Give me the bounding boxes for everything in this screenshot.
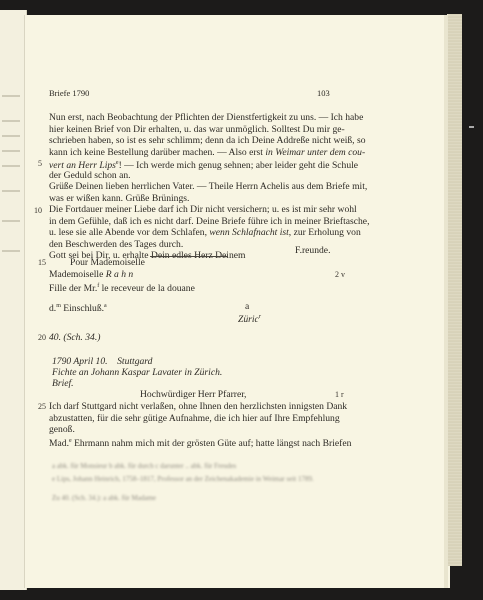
left-page-edge bbox=[0, 10, 27, 590]
letter-number: 40. (Sch. 34.) bbox=[49, 332, 100, 344]
folio-marker: 2 v bbox=[335, 270, 345, 279]
bleed-through-mark bbox=[2, 190, 20, 192]
folio-marker: 1 r bbox=[335, 390, 344, 399]
text-span: Einschluß. bbox=[61, 303, 104, 314]
text-span: Mad. bbox=[49, 438, 69, 449]
footnote-marker: a bbox=[104, 303, 107, 309]
text-span: kann ich keine Bestellung darüber machen… bbox=[49, 147, 265, 158]
text-span: , zur Erholung von bbox=[289, 227, 361, 238]
page-number: 103 bbox=[317, 88, 330, 100]
text-line: den Beschwerden des Tages durch. bbox=[49, 239, 327, 251]
recipient-name: R a h n bbox=[106, 269, 133, 280]
text-span: le receveur de la douane bbox=[99, 283, 195, 294]
page-stack-edge bbox=[447, 14, 462, 566]
line-number: 20 bbox=[38, 333, 46, 342]
letter-date-place: 1790 April 10. Stuttgard bbox=[52, 356, 152, 368]
text-line: Nun erst, nach Beobachtung der Pflichten… bbox=[49, 112, 327, 124]
footnotes-blurred: a abk. für Monsieur b abk. für durch c d… bbox=[52, 460, 328, 505]
text-line: u. lese sie alle Abende vor dem Schlafen… bbox=[49, 227, 327, 239]
bleed-through-mark bbox=[2, 220, 20, 222]
text-line: was er wißen kann. Grüße Brünings. bbox=[49, 193, 327, 205]
line-number: 5 bbox=[38, 159, 42, 168]
text-line: Mad.e Ehrmann nahm mich mit der grösten … bbox=[49, 436, 327, 448]
bleed-through-mark bbox=[2, 165, 20, 167]
section-rule bbox=[150, 256, 228, 257]
address-line: Pour Mademoiselle bbox=[70, 257, 145, 269]
text-line: abzustatten, für die sehr gütige Aufnahm… bbox=[49, 413, 327, 425]
text-span: u. lese sie alle Abende vor dem Schlafen… bbox=[49, 227, 209, 238]
footnote: e Lips, Johann Heinrich, 1758–1817, Prof… bbox=[52, 473, 328, 486]
bleed-through-mark bbox=[2, 120, 20, 122]
bleed-through-mark bbox=[2, 95, 20, 97]
text-span: Züric bbox=[238, 314, 259, 325]
text-span: Fille der Mr. bbox=[49, 283, 97, 294]
footnote: a abk. für Monsieur b abk. für durch c d… bbox=[52, 460, 328, 473]
text-line: kann ich keine Bestellung darüber machen… bbox=[49, 147, 327, 159]
bleed-through-mark bbox=[2, 150, 20, 152]
text-line: schrieben haben, so ist es sehr schlimm;… bbox=[49, 135, 327, 147]
line-number: 25 bbox=[38, 402, 46, 411]
enclosure-note: d.m Einschluß.a bbox=[49, 301, 107, 315]
letter-type: Brief. bbox=[52, 378, 74, 390]
dust-speck bbox=[469, 126, 474, 128]
text-span: ! — Ich werde mich genug sehnen; aber le… bbox=[119, 160, 359, 171]
superscript: r bbox=[259, 314, 261, 320]
italic-span: wenn Schlafnacht ist bbox=[209, 227, 288, 238]
line-number: 10 bbox=[34, 206, 42, 215]
salutation: Hochwürdiger Herr Pfarrer, bbox=[140, 389, 246, 401]
text-line: in dem Gefühle, daß ich es nicht darf. D… bbox=[49, 216, 327, 228]
address-line: Fille der Mr.f le receveur de la douane bbox=[49, 281, 195, 295]
line-number: 15 bbox=[38, 258, 46, 267]
address-line: Mademoiselle R a h n bbox=[49, 269, 133, 281]
text-span: Mademoiselle bbox=[49, 269, 106, 280]
letter-parties: Fichte an Johann Kaspar Lavater in Züric… bbox=[52, 367, 222, 379]
text-line: Grüße Deinen lieben herrlichen Vater. — … bbox=[49, 181, 327, 193]
italic-span: in Weimar unter dem cou- bbox=[265, 147, 365, 158]
text-line: Die Fortdauer meiner Liebe darf ich Dir … bbox=[49, 204, 327, 216]
text-line: genoß. bbox=[49, 424, 327, 436]
text-line: Ich darf Stuttgard nicht verlaßen, ohne … bbox=[49, 401, 327, 413]
letter-2-body: Ich darf Stuttgard nicht verlaßen, ohne … bbox=[49, 401, 327, 447]
signature: F.reunde. bbox=[295, 245, 330, 257]
bleed-through-mark bbox=[2, 135, 20, 137]
text-line: der Geduld schon an. bbox=[49, 170, 327, 182]
running-title: Briefe 1790 bbox=[49, 88, 89, 100]
letter-1-body: Nun erst, nach Beobachtung der Pflichten… bbox=[49, 112, 327, 262]
bleed-through-mark bbox=[2, 250, 20, 252]
text-line: hier keinen Brief von Dir erhalten, u. d… bbox=[49, 124, 327, 136]
text-span: Ehrmann nahm mich mit der grösten Güte a… bbox=[74, 438, 351, 449]
destination-city: Züricr bbox=[238, 312, 261, 326]
footnote: Zu 40. (Sch. 34.): a abk. für Madame bbox=[52, 492, 328, 505]
destination-a: a bbox=[245, 301, 249, 313]
text-line: vert an Herr Lipse! — Ich werde mich gen… bbox=[49, 158, 327, 170]
